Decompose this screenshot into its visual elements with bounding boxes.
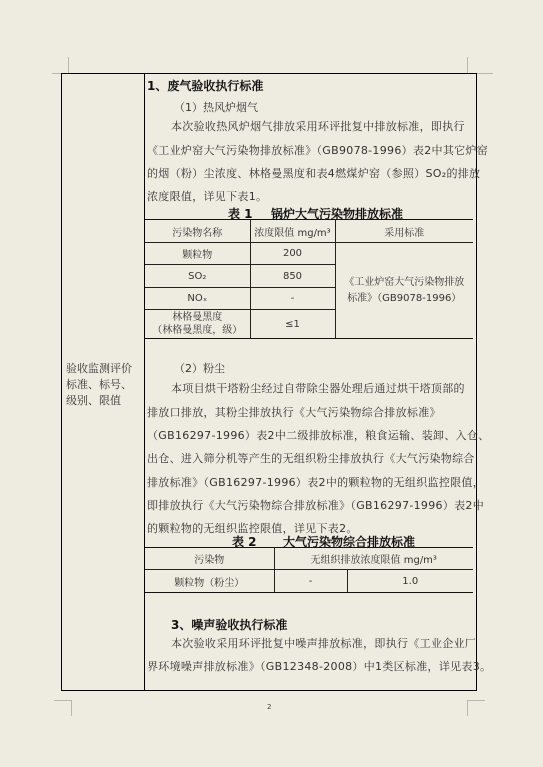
table1-header-standard: 采用标准 — [335, 220, 473, 243]
pollutant-name: 林格曼黑度 （林格曼黑度，级） — [145, 310, 250, 339]
limit-value: ≤1 — [250, 310, 335, 339]
table2-header-row: 污染物 无组织排放浓度限值 mg/m³ — [145, 548, 473, 570]
section3-para-line1: 本次验收采用环评批复中噪声排放标准，即执行《工业企业厂 — [171, 632, 476, 656]
table-row: 颗粒物 200 《工业炉窑大气污染物排放 标准》（GB9078-1996） — [145, 243, 473, 265]
table2-header-limit: 无组织排放浓度限值 mg/m³ — [274, 548, 473, 570]
para2-line5: 排放标准》（GB16297-1996）表2中的颗粒物的无组织监控限值， — [147, 471, 484, 495]
limit-col3: 1.0 — [347, 570, 473, 593]
table1-header-limit: 浓度限值 mg/m³ — [250, 220, 335, 243]
crop-mark-top-left-v — [68, 57, 69, 73]
pollutant-name: 颗粒物 — [145, 243, 250, 265]
pollutant-name: 颗粒物（粉尘） — [145, 570, 274, 593]
para1-line1: 本次验收热风炉烟气排放采用环评批复中排放标准，即执行 — [171, 115, 465, 139]
table1-standard-cell: 《工业炉窑大气污染物排放 标准》（GB9078-1996） — [335, 243, 473, 339]
para2-line3: （GB16297-1996）表2中二级排放标准，粮食运输、装卸、入仓、 — [147, 424, 490, 448]
table1: 污染物名称 浓度限值 mg/m³ 采用标准 颗粒物 200 《工业炉窑大气污染物… — [145, 219, 473, 339]
para2-line1: 本项目烘干塔粉尘经过自带除尘器处理后通过烘干塔顶部的 — [171, 377, 465, 401]
crop-mark-top-right-h — [477, 73, 493, 74]
pollutant-name: NOₓ — [145, 288, 250, 310]
limit-value: 200 — [250, 243, 335, 265]
para2-line6: 即排放执行《大气污染物综合排放标准》（GB16297-1996）表2中 — [147, 494, 484, 518]
limit-value: 850 — [250, 265, 335, 288]
section3-heading: 3、噪声验收执行标准 — [171, 616, 287, 633]
para1-line3: 的烟（粉）尘浓度、林格曼黑度和表4燃煤炉窑（参照）SO₂的排放 — [147, 162, 480, 186]
section1-heading: 1、废气验收执行标准 — [147, 77, 263, 94]
crop-mark-bottom-left-h — [54, 700, 71, 701]
standard-line1: 《工业炉窑大气污染物排放 — [336, 275, 474, 291]
pollutant-name: SO₂ — [145, 265, 250, 288]
name-line2: （林格曼黑度，级） — [145, 324, 250, 337]
table2-header-pollutant: 污染物 — [145, 548, 274, 570]
crop-mark-top-right-v — [467, 57, 468, 73]
standard-line2: 标准》（GB9078-1996） — [336, 291, 474, 307]
table1-header-row: 污染物名称 浓度限值 mg/m³ 采用标准 — [145, 220, 473, 243]
para1-line2: 《工业炉窑大气污染物排放标准》（GB9078-1996）表2中其它炉窑 — [147, 139, 488, 163]
limit-col2: - — [274, 570, 347, 593]
crop-mark-bottom-left-v — [71, 700, 72, 716]
section3-para-line2: 界环境噪声排放标准》（GB12348-2008）中1类区标准，详见表3。 — [147, 655, 491, 679]
section1-sub1: （1）热风炉烟气 — [174, 99, 258, 115]
para2-line2: 排放口排放，其粉尘排放执行《大气污染物综合排放标准》 — [147, 401, 441, 425]
crop-mark-bottom-right-v — [467, 700, 468, 716]
limit-value: - — [250, 288, 335, 310]
name-line1: 林格曼黑度 — [145, 311, 250, 324]
page-number: 2 — [267, 703, 271, 711]
table1-header-name: 污染物名称 — [145, 220, 250, 243]
left-label-cell: 验收监测评价标准、标号、级别、限值 — [66, 361, 142, 409]
para2-line4: 出仓、进入筛分机等产生的无组织粉尘排放执行《大气污染物综合 — [147, 447, 475, 471]
crop-mark-bottom-right-h — [467, 700, 485, 701]
column-divider — [144, 74, 145, 690]
table-row: 颗粒物（粉尘） - 1.0 — [145, 570, 473, 593]
section1-sub2: （2）粉尘 — [174, 360, 225, 376]
table2: 污染物 无组织排放浓度限值 mg/m³ 颗粒物（粉尘） - 1.0 — [145, 547, 473, 593]
